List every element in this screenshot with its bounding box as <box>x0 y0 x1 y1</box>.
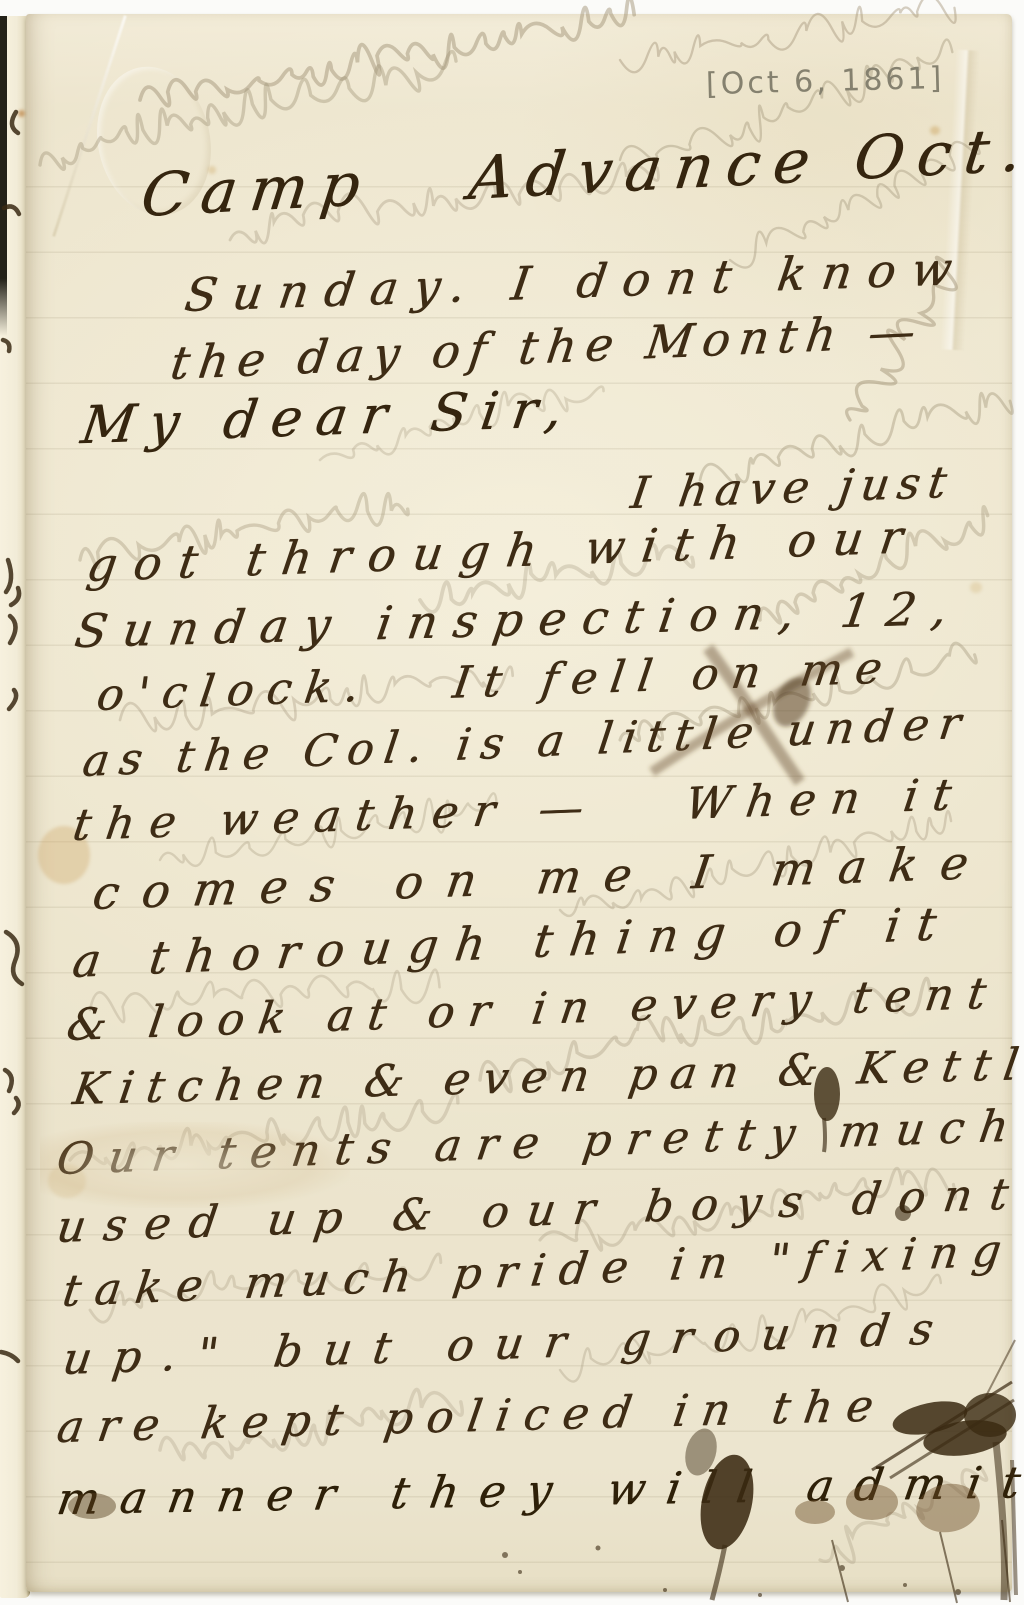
letter-line: I have just <box>628 461 957 516</box>
page-gap-shadow <box>0 16 7 336</box>
letter-scan: [Oct 6, 1861] Camp Advance Oct. Sunday. … <box>0 0 1024 1605</box>
foxing-stain <box>970 582 982 593</box>
foxing-stain <box>18 110 25 117</box>
water-smear <box>40 1122 350 1208</box>
date-annotation: [Oct 6, 1861] <box>706 61 945 102</box>
